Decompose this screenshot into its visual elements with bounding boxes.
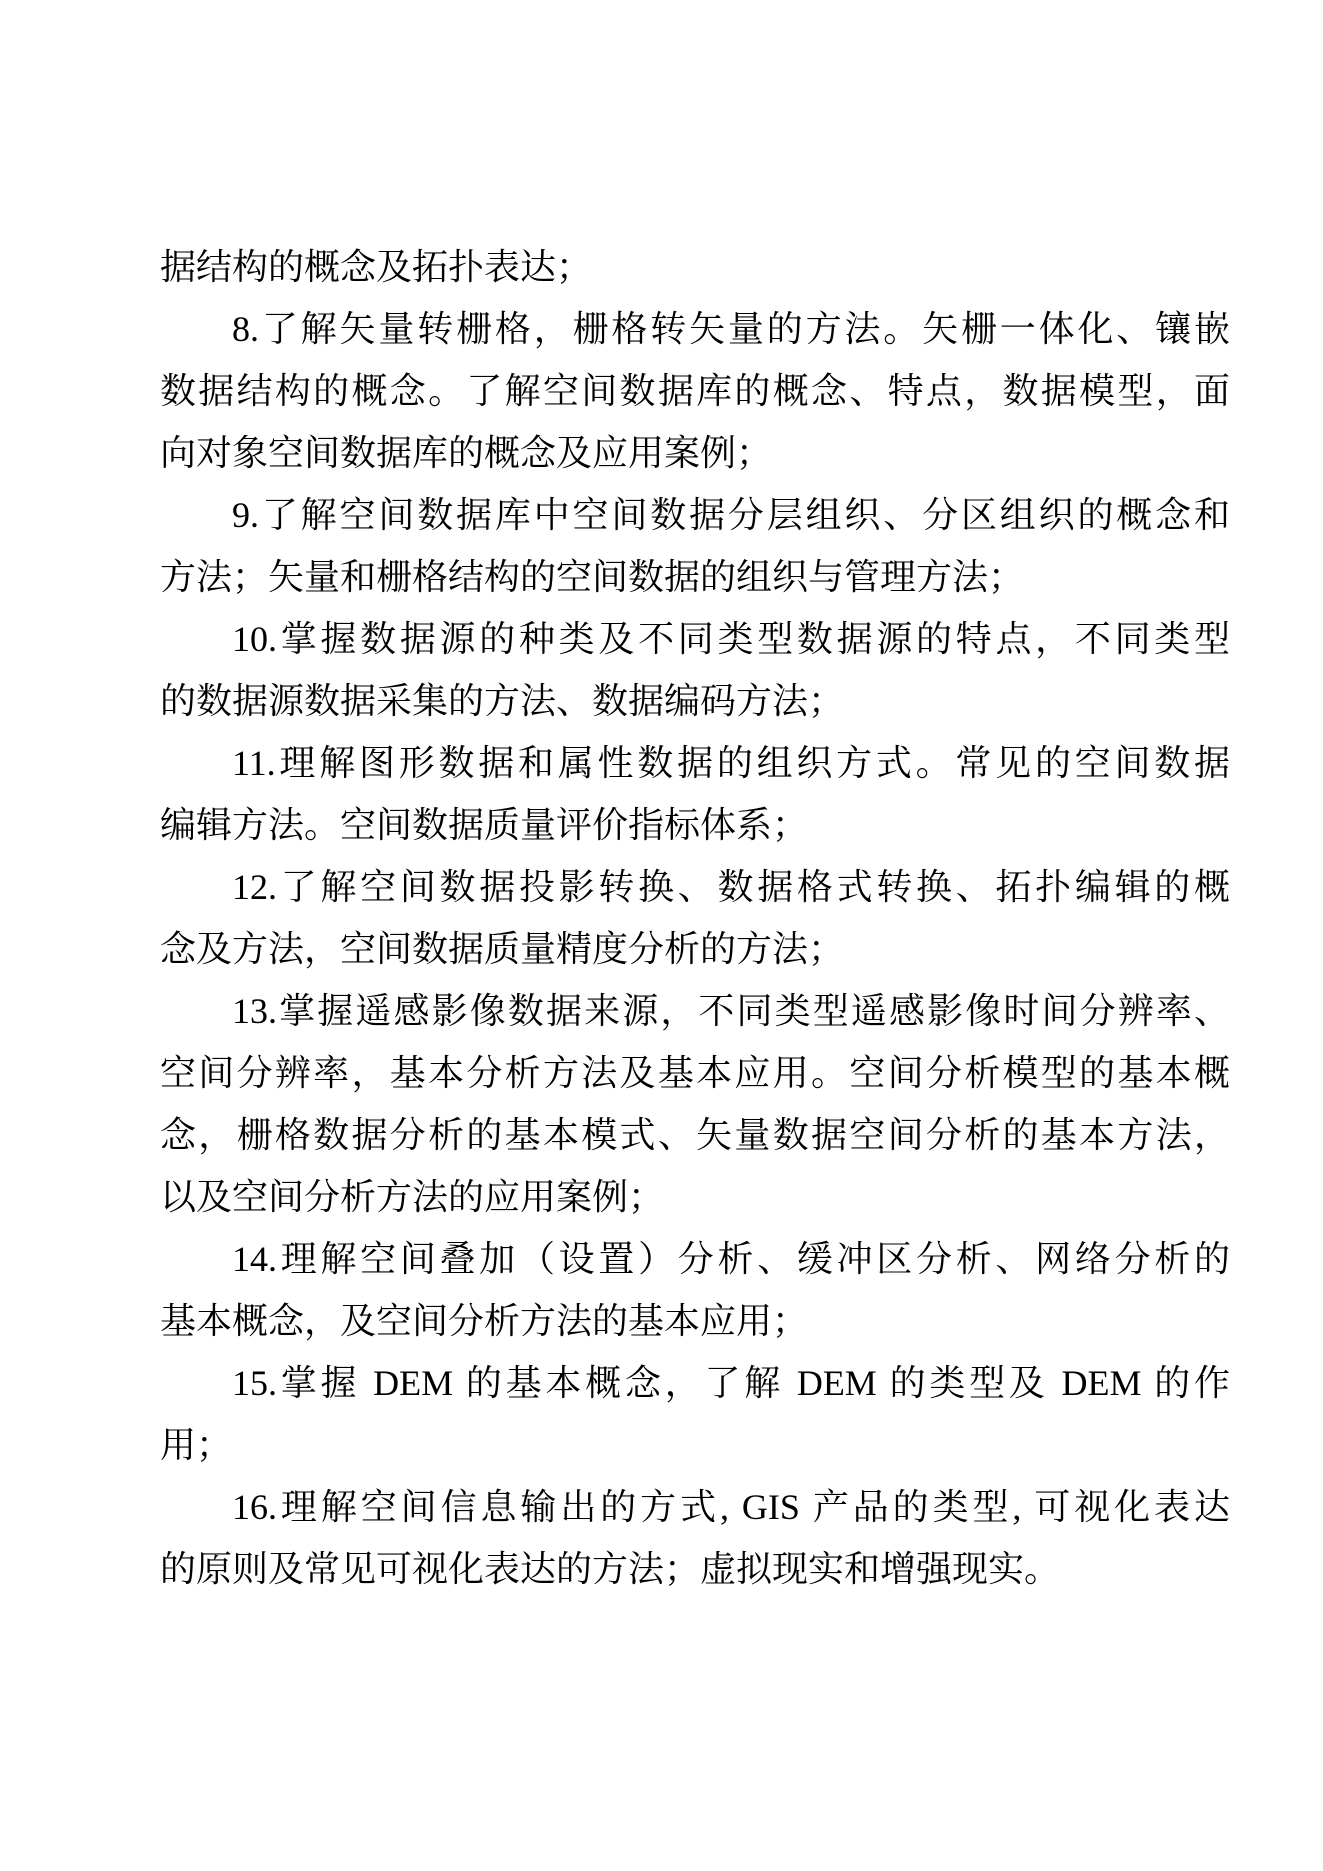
paragraph-11: 11.理解图形数据和属性数据的组织方式。常见的空间数据 编辑方法。空间数据质量评… (160, 732, 1230, 856)
text-line: 的数据源数据采集的方法、数据编码方法； (160, 670, 1230, 732)
paragraph-15: 15.掌握 DEM 的基本概念，了解 DEM 的类型及 DEM 的作 用； (160, 1352, 1230, 1476)
text-line: 16.理解空间信息输出的方式, GIS 产品的类型, 可视化表达 (160, 1476, 1230, 1538)
document-page: 据结构的概念及拓扑表达； 8.了解矢量转栅格，栅格转矢量的方法。矢栅一体化、镶嵌… (0, 0, 1323, 1871)
text-line: 用； (160, 1414, 1230, 1476)
text-line: 12.了解空间数据投影转换、数据格式转换、拓扑编辑的概 (160, 856, 1230, 918)
text-line: 8.了解矢量转栅格，栅格转矢量的方法。矢栅一体化、镶嵌 (160, 298, 1230, 360)
text-line: 10.掌握数据源的种类及不同类型数据源的特点，不同类型 (160, 608, 1230, 670)
paragraph-14: 14.理解空间叠加（设置）分析、缓冲区分析、网络分析的 基本概念，及空间分析方法… (160, 1228, 1230, 1352)
paragraph-8: 8.了解矢量转栅格，栅格转矢量的方法。矢栅一体化、镶嵌 数据结构的概念。了解空间… (160, 298, 1230, 484)
paragraph-10: 10.掌握数据源的种类及不同类型数据源的特点，不同类型 的数据源数据采集的方法、… (160, 608, 1230, 732)
text-line: 11.理解图形数据和属性数据的组织方式。常见的空间数据 (160, 732, 1230, 794)
text-line: 空间分辨率，基本分析方法及基本应用。空间分析模型的基本概 (160, 1042, 1230, 1104)
text-line: 14.理解空间叠加（设置）分析、缓冲区分析、网络分析的 (160, 1228, 1230, 1290)
text-line: 方法；矢量和栅格结构的空间数据的组织与管理方法； (160, 546, 1230, 608)
text-line: 向对象空间数据库的概念及应用案例； (160, 422, 1230, 484)
text-line: 编辑方法。空间数据质量评价指标体系； (160, 794, 1230, 856)
paragraph-13: 13.掌握遥感影像数据来源，不同类型遥感影像时间分辨率、 空间分辨率，基本分析方… (160, 980, 1230, 1228)
document-text-block: 据结构的概念及拓扑表达； 8.了解矢量转栅格，栅格转矢量的方法。矢栅一体化、镶嵌… (160, 236, 1230, 1600)
text-line: 据结构的概念及拓扑表达； (160, 236, 1230, 298)
text-line: 15.掌握 DEM 的基本概念，了解 DEM 的类型及 DEM 的作 (160, 1352, 1230, 1414)
paragraph-7-tail: 据结构的概念及拓扑表达； (160, 236, 1230, 298)
paragraph-12: 12.了解空间数据投影转换、数据格式转换、拓扑编辑的概 念及方法，空间数据质量精… (160, 856, 1230, 980)
text-line: 念及方法，空间数据质量精度分析的方法； (160, 918, 1230, 980)
text-line: 9.了解空间数据库中空间数据分层组织、分区组织的概念和 (160, 484, 1230, 546)
text-line: 13.掌握遥感影像数据来源，不同类型遥感影像时间分辨率、 (160, 980, 1230, 1042)
text-line: 基本概念，及空间分析方法的基本应用； (160, 1290, 1230, 1352)
text-line: 念，栅格数据分析的基本模式、矢量数据空间分析的基本方法， (160, 1104, 1230, 1166)
paragraph-16: 16.理解空间信息输出的方式, GIS 产品的类型, 可视化表达 的原则及常见可… (160, 1476, 1230, 1600)
paragraph-9: 9.了解空间数据库中空间数据分层组织、分区组织的概念和 方法；矢量和栅格结构的空… (160, 484, 1230, 608)
text-line: 数据结构的概念。了解空间数据库的概念、特点，数据模型，面 (160, 360, 1230, 422)
text-line: 以及空间分析方法的应用案例； (160, 1166, 1230, 1228)
text-line: 的原则及常见可视化表达的方法；虚拟现实和增强现实。 (160, 1538, 1230, 1600)
